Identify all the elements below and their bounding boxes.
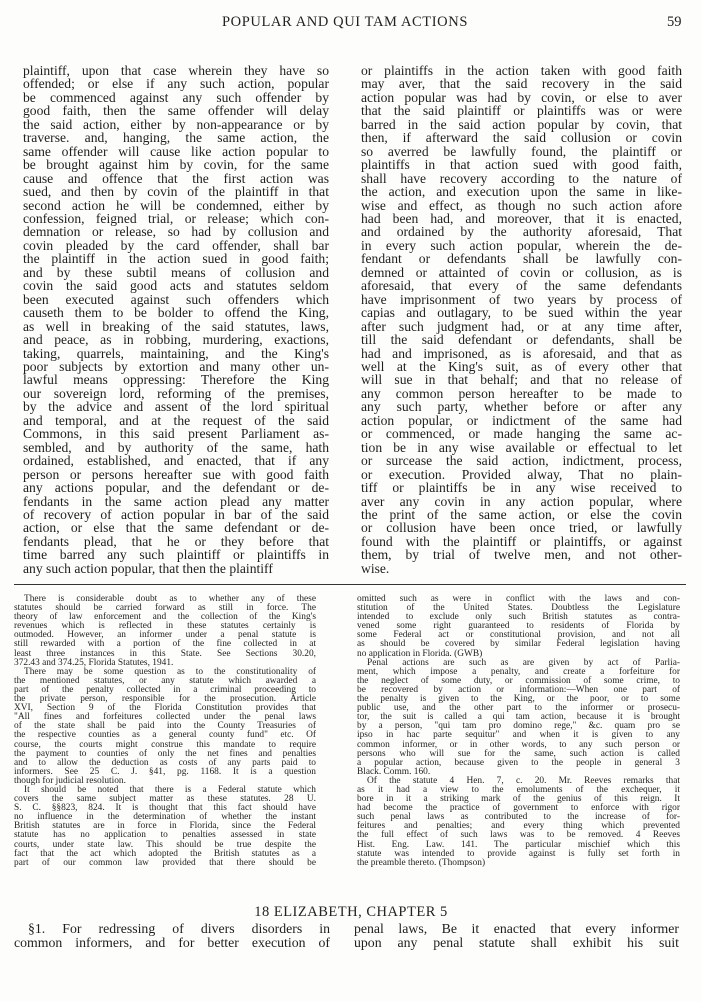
main-text-right-column: or plaintiffs in the action taken with g… bbox=[361, 64, 682, 575]
text-line: taking, quarrels, maintaining, and the K… bbox=[23, 347, 329, 360]
text-line: the plaintiff in the action sued in good… bbox=[23, 252, 329, 265]
text-line: well at the King's suit, as of every oth… bbox=[361, 360, 682, 373]
text-line: capias and outlagary, to be sued within … bbox=[361, 306, 682, 319]
text-line: then, if afterward the said collusion or… bbox=[361, 131, 682, 144]
text-line: upon any penal statute shall exhibit his… bbox=[354, 936, 679, 950]
text-line: any such party, whether before or after … bbox=[361, 400, 682, 413]
text-line: penal laws, Be it enacted that every inf… bbox=[354, 922, 679, 936]
running-head: POPULAR AND QUI TAM ACTIONS 59 bbox=[0, 14, 702, 34]
footnote-line: the preamble thereto. (Thompson) bbox=[357, 859, 680, 868]
section-1-right-column: penal laws, Be it enacted that every inf… bbox=[354, 922, 679, 950]
text-line: action, or else that the same defendant … bbox=[23, 521, 329, 534]
text-line: may aver, that the said recovery in the … bbox=[361, 77, 682, 90]
text-line: wise. bbox=[361, 562, 682, 575]
text-line: tion be in any wise available or effectu… bbox=[361, 441, 682, 454]
text-line: any such action popular, that then the p… bbox=[23, 562, 329, 575]
text-line: have imprisonment of two years by proces… bbox=[361, 293, 682, 306]
text-line: as well in breaking of the said statutes… bbox=[23, 320, 329, 333]
text-line: fendants plead, that he or they before t… bbox=[23, 535, 329, 548]
section-1-left-column: §1. For redressing of divers disorders i… bbox=[14, 922, 330, 950]
text-line: or plaintiffs in the action taken with g… bbox=[361, 64, 682, 77]
text-line: aforesaid, that every of the same defend… bbox=[361, 279, 682, 292]
page-number: 59 bbox=[667, 14, 682, 31]
text-line: our sovereign lord, reforming of the pre… bbox=[23, 387, 329, 400]
text-line: plaintiff, upon that case wherein they h… bbox=[23, 64, 329, 77]
text-line: time barred any such plaintiff or plaint… bbox=[23, 548, 329, 561]
text-line: shall have recovery according to the nat… bbox=[361, 172, 682, 185]
text-line: or commenced, or made hanging the same a… bbox=[361, 427, 682, 440]
text-line: plaintiffs in that action sued with good… bbox=[361, 158, 682, 171]
text-line: the action, and execution upon the same … bbox=[361, 185, 682, 198]
text-line: or execution. Provided alway, That no pl… bbox=[361, 468, 682, 481]
text-line: fendants in the same action plead any ma… bbox=[23, 495, 329, 508]
text-line: had been had, and moreover, that it is e… bbox=[361, 212, 682, 225]
text-line: them, by trial of twelve men, and not ot… bbox=[361, 548, 682, 561]
text-line: the said action, either by non-appearanc… bbox=[23, 118, 329, 131]
chapter-heading: 18 ELIZABETH, CHAPTER 5 bbox=[0, 904, 702, 921]
running-title: POPULAR AND QUI TAM ACTIONS bbox=[222, 14, 468, 31]
text-line: any common person hereafter to be made t… bbox=[361, 387, 682, 400]
text-line: Commons, in this said present Parliament… bbox=[23, 427, 329, 440]
text-line: barred in the said action popular by cov… bbox=[361, 118, 682, 131]
text-line: and peace, as in robbing, murdering, exa… bbox=[23, 333, 329, 346]
footnote-divider bbox=[14, 584, 686, 585]
text-line: action popular was had by covin, or else… bbox=[361, 91, 682, 104]
text-line: so averred be lawfully found, the plaint… bbox=[361, 145, 682, 158]
text-line: or surcease the said action, indictment,… bbox=[361, 454, 682, 467]
text-line: covin pleaded by the card offender, shal… bbox=[23, 239, 329, 252]
text-line: in every such action popular, wherein th… bbox=[361, 239, 682, 252]
text-line: after such judgment had, or at any time … bbox=[361, 320, 682, 333]
main-text-left-column: plaintiff, upon that case wherein they h… bbox=[23, 64, 329, 575]
text-line: of recovery of action popular in bar of … bbox=[23, 508, 329, 521]
text-line: by the advice and assent of the lord spi… bbox=[23, 400, 329, 413]
text-line: offended; or else if any such action, po… bbox=[23, 77, 329, 90]
footnote-line: part of our common law provided that the… bbox=[14, 859, 316, 868]
text-line: tiff or plaintiffs be in any wise receiv… bbox=[361, 481, 682, 494]
text-line: lawful means oppressing: Therefore the K… bbox=[23, 373, 329, 386]
text-line: good faith, then the same offender will … bbox=[23, 104, 329, 117]
text-line: be brought against him by covin, for the… bbox=[23, 158, 329, 171]
text-line: person or persons hereafter sue with goo… bbox=[23, 468, 329, 481]
text-line: any actions popular, and the defendant o… bbox=[23, 481, 329, 494]
text-line: sued, and then by covin of the plaintiff… bbox=[23, 185, 329, 198]
text-line: been executed against such offenders whi… bbox=[23, 293, 329, 306]
text-line: found with the plaintiff or plaintiffs, … bbox=[361, 535, 682, 548]
text-line: demned or attainted of covin or collusio… bbox=[361, 266, 682, 279]
text-line: fendant or defendants shall be lawfully … bbox=[361, 252, 682, 265]
text-line: that the said plaintiff or plaintiffs wa… bbox=[361, 104, 682, 117]
footnotes-right-column: omitted such as were in conflict with th… bbox=[357, 595, 680, 868]
text-line: demnation or release, so had by collusio… bbox=[23, 225, 329, 238]
text-line: ordained, established, and enacted, that… bbox=[23, 454, 329, 467]
text-line: or collusion have been once tried, or la… bbox=[361, 521, 682, 534]
footnotes-left-column: There is considerable doubt as to whethe… bbox=[14, 595, 316, 868]
text-line: aver any covin in any action popular, wh… bbox=[361, 495, 682, 508]
text-line: and temporal, and at the request of the … bbox=[23, 414, 329, 427]
text-line: and by these subtil means of collusion a… bbox=[23, 266, 329, 279]
text-line: be commenced against any such offender b… bbox=[23, 91, 329, 104]
text-line: common informers, and for better executi… bbox=[14, 936, 330, 950]
text-line: the print of the same action, or else th… bbox=[361, 508, 682, 521]
text-line: sembled, and by authority of the same, h… bbox=[23, 441, 329, 454]
text-line: confession, feigned trial, or release; w… bbox=[23, 212, 329, 225]
text-line: and ordained by the authority aforesaid,… bbox=[361, 225, 682, 238]
text-line: action popular, or indictment of the sam… bbox=[361, 414, 682, 427]
text-line: same offender will cause like action pop… bbox=[23, 145, 329, 158]
text-line: cause and offence that the first action … bbox=[23, 172, 329, 185]
text-line: poor subjects by extortion and many othe… bbox=[23, 360, 329, 373]
text-line: causeth them to be bolder to offend the … bbox=[23, 306, 329, 319]
text-line: till the said defendant or defendants, s… bbox=[361, 333, 682, 346]
text-line: wise and effect, as though no such actio… bbox=[361, 199, 682, 212]
text-line: will sue in that behalf; and that no rel… bbox=[361, 373, 682, 386]
text-line: had and imprisoned, as is aforesaid, and… bbox=[361, 347, 682, 360]
text-line: covin the said good acts and statutes se… bbox=[23, 279, 329, 292]
text-line: §1. For redressing of divers disorders i… bbox=[14, 922, 330, 936]
text-line: second action he will be condemned, eith… bbox=[23, 199, 329, 212]
text-line: traverse. and, hanging, the same action,… bbox=[23, 131, 329, 144]
